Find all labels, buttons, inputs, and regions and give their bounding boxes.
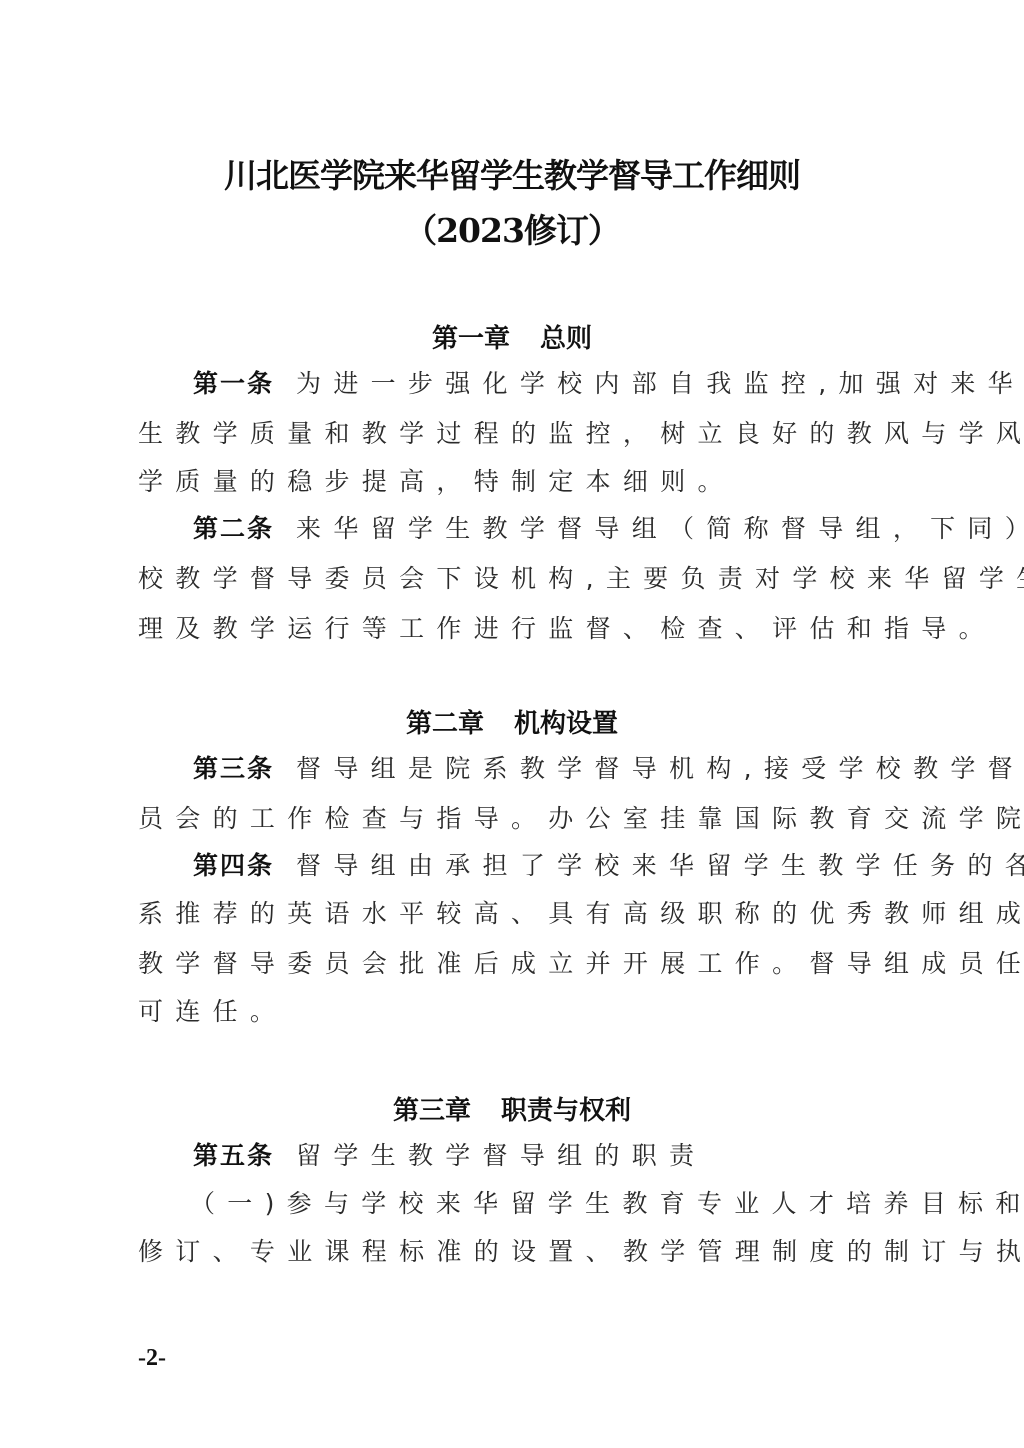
chapter-label: 第三章 <box>393 1096 471 1126</box>
article-label: 第五条 <box>193 1141 274 1170</box>
page-number: -2- <box>138 1345 166 1372</box>
article-2-line-3: 理及教学运行等工作进行监督、检查、评估和指导。 <box>138 605 898 653</box>
article-label: 第三条 <box>193 754 274 783</box>
article-1-line-1: 第一条为进一步强化学校内部自我监控,加强对来华留学 <box>193 360 898 408</box>
article-label: 第一条 <box>193 369 274 398</box>
chapter-label: 第一章 <box>432 324 510 354</box>
chapter-heading-1: 第一章总则 <box>0 318 1024 355</box>
article-3-line-2: 员会的工作检查与指导。办公室挂靠国际教育交流学院。 <box>138 795 898 843</box>
item-1-line-2: 修订、专业课程标准的设置、教学管理制度的制订与执行，并提 <box>138 1228 898 1276</box>
article-3-line-1: 第三条督导组是院系教学督导机构,接受学校教学督导委 <box>193 745 898 793</box>
chapter-label: 第二章 <box>406 709 484 739</box>
document-page: 川北医学院来华留学生教学督导工作细则 （2023修订） 第一章总则 第一条为进一… <box>0 0 1024 1448</box>
article-1-line-2: 生教学质量和教学过程的监控，树立良好的教风与学风，保证教 <box>138 410 898 458</box>
chapter-name: 机构设置 <box>514 709 618 739</box>
article-1-line-3: 学质量的稳步提高，特制定本细则。 <box>138 458 898 506</box>
article-4-line-4: 可连任。 <box>138 988 898 1036</box>
document-subtitle: （2023修订） <box>0 205 1024 252</box>
article-5-line-1: 第五条留学生教学督导组的职责 <box>193 1132 898 1180</box>
article-label: 第四条 <box>193 851 274 880</box>
article-4-line-1: 第四条督导组由承担了学校来华留学生教学任务的各院 <box>193 842 898 890</box>
document-title: 川北医学院来华留学生教学督导工作细则 <box>0 150 1024 197</box>
chapter-heading-2: 第二章机构设置 <box>0 703 1024 740</box>
article-2-line-1: 第二条来华留学生教学督导组（简称督导组，下同）是学 <box>193 505 898 553</box>
chapter-name: 总则 <box>540 324 592 354</box>
article-4-line-3: 教学督导委员会批准后成立并开展工作。督导组成员任期四年， <box>138 940 898 988</box>
article-label: 第二条 <box>193 514 274 543</box>
chapter-name: 职责与权利 <box>501 1096 631 1126</box>
chapter-heading-3: 第三章职责与权利 <box>0 1090 1024 1127</box>
item-1-line-1: （一)参与学校来华留学生教育专业人才培养目标和方案的 <box>190 1180 895 1228</box>
article-4-line-2: 系推荐的英语水平较高、具有高级职称的优秀教师组成，报学校 <box>138 890 898 938</box>
article-2-line-2: 校教学督导委员会下设机构,主要负责对学校来华留学生教学管 <box>138 555 898 603</box>
